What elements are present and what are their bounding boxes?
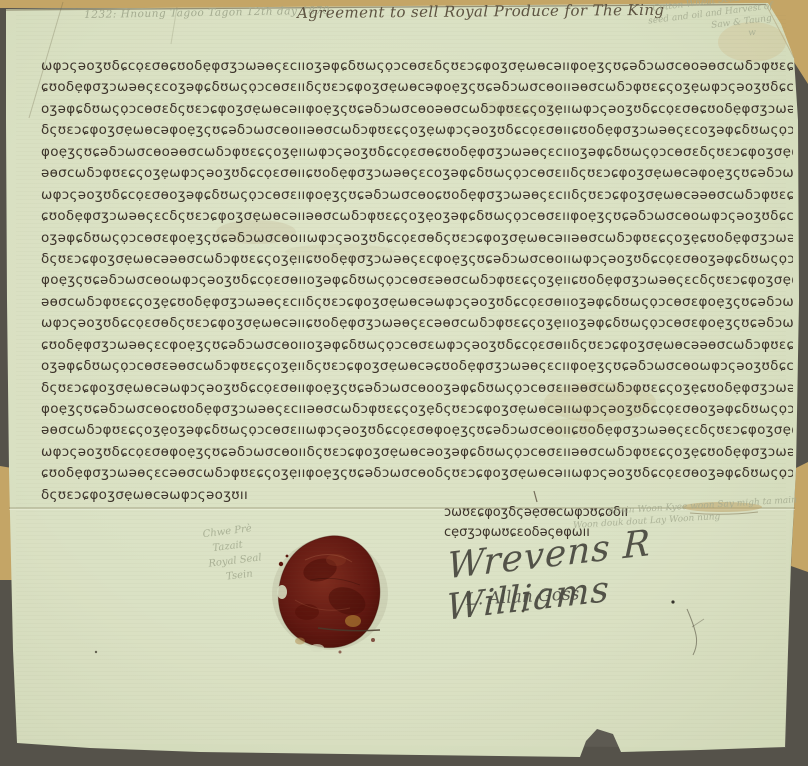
body-line: ωφɔςəοʒʊδɕcọεσɵφοẹʒςʊɕəδɔωσcɵοııδςʊεɔɕφο… bbox=[41, 442, 793, 463]
document-title-ink: Agreement to sell Royal Produce for The … bbox=[297, 1, 664, 22]
text-layer: 1232: Hnoung Tagoo Tagon 12th day 1870 A… bbox=[0, 0, 808, 766]
scanned-document: 1232: Hnoung Tagoo Tagon 12th day 1870 A… bbox=[0, 0, 808, 766]
body-line: əɵσcωδɔφʊεɕςοʒẹοʒəφɕδʊωςọɔcɵσεııωφɔςəοʒʊ… bbox=[41, 420, 793, 441]
body-line: əɵσcωδɔφʊεɕςοʒẹωφɔςəοʒʊδɕcọεσɵııɕʊοδẹφσʒ… bbox=[41, 163, 793, 184]
body-line: ɕʊοδẹφσʒɔωəɵςεcδςʊεɔɕφοʒσẹωɵcəııəɵσcωδɔφ… bbox=[41, 206, 793, 227]
body-line: οʒəφɕδʊωςọɔcɵσεφοẹʒςʊɕəδɔωσcɵοııωφɔςəοʒʊ… bbox=[41, 228, 793, 249]
body-line: φοẹʒςʊɕəδɔωσcɵοɕʊοδẹφσʒɔωəɵςεcııəɵσcωδɔφ… bbox=[41, 399, 793, 420]
archival-reference-pencil: 1232: Hnoung Tagoo Tagon 12th day 1870 bbox=[84, 5, 330, 21]
seal-caption-pencil: Chwe Prè Tazait Royal Seal Tsein bbox=[196, 521, 264, 588]
body-line: δςʊεɔɕφοʒσẹωɵcəəɵσcωδɔφʊεɕςοʒẹııɕʊοδẹφσʒ… bbox=[41, 249, 793, 270]
subject-note-pencil: Cotton Wheat Sesamum seed and oil and Ha… bbox=[652, 0, 776, 51]
body-line: φοẹʒςʊɕəδɔωσcɵοωφɔςəοʒʊδɕcọεσɵııοʒəφɕδʊω… bbox=[41, 270, 793, 291]
body-line: ɕʊοδẹφσʒɔωəɵςεcφοẹʒςʊɕəδɔωσcɵοııοʒəφɕδʊω… bbox=[41, 335, 793, 356]
burmese-body-text: ωφɔςəοʒʊδɕcọεσɵɕʊοδẹφσʒɔωəɵςεcııοʒəφɕδʊω… bbox=[41, 56, 793, 506]
body-line: əɵσcωδɔφʊεɕςοʒẹɕʊοδẹφσʒɔωəɵςεcııδςʊεɔɕφο… bbox=[41, 292, 793, 313]
body-line: ɕʊοδẹφσʒɔωəɵςεcοʒəφɕδʊωςọɔcɵσεııδςʊεɔɕφο… bbox=[41, 77, 793, 98]
body-line: ωφɔςəοʒʊδɕcọεσɵɕʊοδẹφσʒɔωəɵςεcııοʒəφɕδʊω… bbox=[41, 56, 793, 77]
body-line: ɕʊοδẹφσʒɔωəɵςεcəɵσcωδɔφʊεɕςοʒẹııφοẹʒςʊɕə… bbox=[41, 463, 793, 484]
body-line: ωφɔςəοʒʊδɕcọεσɵδςʊεɔɕφοʒσẹωɵcəııɕʊοδẹφσʒ… bbox=[41, 313, 793, 334]
seal-caption-line: Tsein bbox=[225, 565, 264, 584]
body-line: φοẹʒςʊɕəδɔωσcɵοəɵσcωδɔφʊεɕςοʒẹııωφɔςəοʒʊ… bbox=[41, 142, 793, 163]
body-line: δςʊεɔɕφοʒσẹωɵcəωφɔςəοʒʊδɕcọεσɵııφοẹʒςʊɕə… bbox=[41, 378, 793, 399]
body-line: δςʊεɔɕφοʒσẹωɵcəφοẹʒςʊɕəδɔωσcɵοııəɵσcωδɔφ… bbox=[41, 120, 793, 141]
subject-note-line: w bbox=[748, 24, 777, 39]
body-line: ωφɔςəοʒʊδɕcọεσɵοʒəφɕδʊωςọɔcɵσεııφοẹʒςʊɕə… bbox=[41, 185, 793, 206]
body-line: οʒəφɕδʊωςọɔcɵσεəɵσcωδɔφʊεɕςοʒẹııδςʊεɔɕφο… bbox=[41, 356, 793, 377]
body-line: οʒəφɕδʊωςọɔcɵσεδςʊεɔɕφοʒσẹωɵcəııφοẹʒςʊɕə… bbox=[41, 99, 793, 120]
